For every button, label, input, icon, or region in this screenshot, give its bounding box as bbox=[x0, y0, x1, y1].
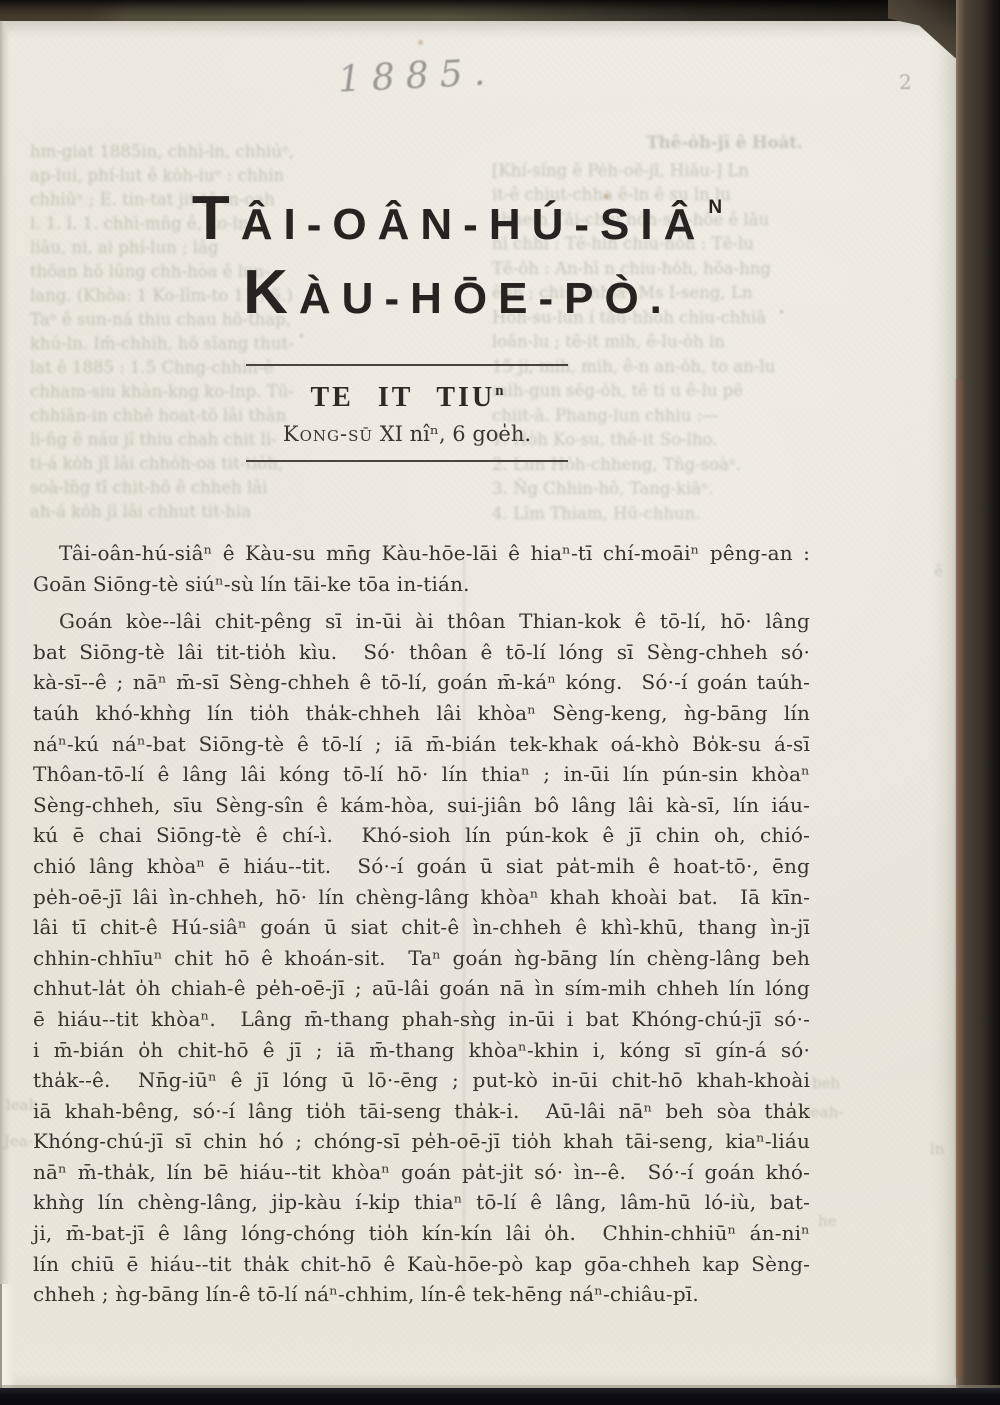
body-text-line: náⁿ-kú náⁿ-bat Siōng-tè ê tō-lí ; iā m̄-… bbox=[33, 729, 810, 760]
bleedthrough-line: 4. Lîm Thiam, Hū-chhun. bbox=[492, 502, 957, 527]
bleedthrough-line: hm-giat 1885in, chhì-ln, chhiúⁿ, bbox=[30, 140, 360, 164]
body-text-line: chhut-la̍t o̍h chiah-ê pe̍h-oē-jī ; aū-l… bbox=[33, 973, 810, 1004]
body-text-line: kà-sī--ê ; nāⁿ m̄-sī Sèng-chheh ê tō-lí,… bbox=[33, 667, 810, 698]
body-text-line: chió lâng khòaⁿ ē hiáu--tit. Só·-í goán … bbox=[33, 851, 810, 882]
page-left-edge-bottom bbox=[0, 1284, 15, 1388]
body-text-line: kú ē chai Siōng-tè ê chí-ì. Khó-sioh lín… bbox=[33, 820, 810, 851]
masthead: TÂI-OÂN-HÚ-SIÂN KÀU-HŌE-PÒ. bbox=[128, 176, 788, 331]
paper-stain bbox=[780, 310, 783, 313]
bleedthrough-fragment: he bbox=[818, 1212, 837, 1230]
body-text-line: Tâi-oân-hú-siâⁿ ê Kàu-su mn̄g Kàu-hōe-lā… bbox=[33, 538, 810, 569]
body-text-line: chheh ; ǹg-bāng lín-ê tō-lí náⁿ-chhim, l… bbox=[33, 1279, 810, 1310]
book-cover-edge-right bbox=[956, 0, 1000, 1405]
body-text-line: taúh khó-khǹg lín tio̍h tha̍k-chheh lâi … bbox=[33, 698, 810, 729]
body-text-line: Thôan-tō-lí ê lâng lâi kóng tō-lí hō· lí… bbox=[33, 759, 810, 790]
bleedthrough-line: soà-ln̂g tī chit-hō ê chheh lâi bbox=[30, 476, 360, 500]
body-text-line: pe̍h-oē-jī lâi ìn-chheh, hō· lín chèng-l… bbox=[33, 882, 810, 913]
body-text-line: khǹg lín chèng-lâng, ji̍p-kàu í-ki̍p thi… bbox=[33, 1187, 810, 1218]
bleedthrough-fragment: Jea- bbox=[4, 1132, 33, 1150]
masthead-line2: KÀU-HŌE-PÒ. bbox=[128, 261, 788, 331]
bleedthrough-line: 3. N̂g Chhin-hô, Tang-kiāⁿ. bbox=[492, 477, 957, 502]
masthead-superscript-n: N bbox=[708, 197, 724, 218]
body-text-line: ē hiáu--tit khòaⁿ. Lâng m̄-thang phah-sǹ… bbox=[33, 1004, 810, 1035]
paper-stain bbox=[300, 334, 303, 337]
page-left-edge bbox=[0, 20, 9, 1388]
book-cover-edge-bottom bbox=[0, 1388, 1000, 1405]
handwritten-year: 1885. bbox=[337, 52, 497, 101]
bleedthrough-fragment: beh bbox=[812, 1074, 840, 1092]
paper-stain bbox=[604, 194, 609, 199]
body-text-line: Goān Siōng-tè siúⁿ-sù lín tāi-ke tōa in-… bbox=[33, 569, 810, 600]
page-number: 2 bbox=[899, 70, 912, 94]
book-cover-edge-top bbox=[0, 0, 1000, 21]
body-text-line: nāⁿ m̄-tha̍k, lín bē hiáu--tit khòaⁿ goá… bbox=[33, 1157, 810, 1188]
body-text-line: i m̄-bián o̍h chit-hō ê jī ; iā m̄-thang… bbox=[33, 1035, 810, 1066]
bleedthrough-fragment: leah- bbox=[806, 1103, 843, 1121]
body-text-line: Goán kòe--lâi chit-pêng sī in-ūi ài thôa… bbox=[33, 606, 810, 637]
body-text-line: lâi tī chit-ê Hú-siâⁿ goán ū siat chi̍t-… bbox=[33, 912, 810, 943]
paper-stain bbox=[418, 40, 423, 45]
body-text: Tâi-oân-hú-siâⁿ ê Kàu-su mn̄g Kàu-hōe-lā… bbox=[33, 538, 810, 1310]
body-text-line: ji, m̄-bat-jī ê lâng lóng-chóng tio̍h kí… bbox=[33, 1218, 810, 1249]
bleedthrough-fragment: ln bbox=[930, 1140, 944, 1158]
body-text-line: bat Siōng-tè lâi tit-tio̍h kìu. Só· thôa… bbox=[33, 637, 810, 668]
body-text-line: Khóng-chú-jī sī chin hó ; chóng-sī pe̍h-… bbox=[33, 1126, 810, 1157]
bleedthrough-fragment: ê bbox=[934, 562, 943, 580]
section-title: TE IT TIUn bbox=[246, 375, 568, 414]
section-title-superscript-n: n bbox=[495, 383, 503, 399]
bleedthrough-line: khú-ln. Im̄-chhih, hō sīang thut- bbox=[30, 332, 360, 356]
bleedthrough-line: ah-á ko̍h jī lâi chhut tit-hia bbox=[30, 500, 360, 524]
body-text-line: tha̍k--ê. Nn̄g-iūⁿ ê jī lóng ū lō·-ēng ;… bbox=[33, 1065, 810, 1096]
section-header: TE IT TIUn Kong-sū XI nîⁿ, 6 goe̍h. bbox=[246, 364, 568, 462]
body-text-line: iā khah-bêng, só·-í lâng tio̍h tāi-seng … bbox=[33, 1096, 810, 1127]
masthead-line1: TÂI-OÂN-HÚ-SIÂN bbox=[128, 176, 788, 257]
body-text-line: lín chiū ē hiáu--tit tha̍k chit-hō ê Kaù… bbox=[33, 1249, 810, 1280]
bleedthrough-line: loân-lu ; tē-it mih, ê-lu-o̍h in bbox=[492, 330, 957, 355]
bleedthrough-header: Thê-o̍h-jī ê Hoa̍t. bbox=[492, 131, 957, 156]
body-text-line: Sèng-chheh, sīu Sèng-sîn ê kám-hòa, sui-… bbox=[33, 790, 810, 821]
body-text-line: chhin-chhīuⁿ chit hō ê khoán-sit. Taⁿ go… bbox=[33, 943, 810, 974]
section-dateline: Kong-sū XI nîⁿ, 6 goe̍h. bbox=[246, 421, 568, 447]
